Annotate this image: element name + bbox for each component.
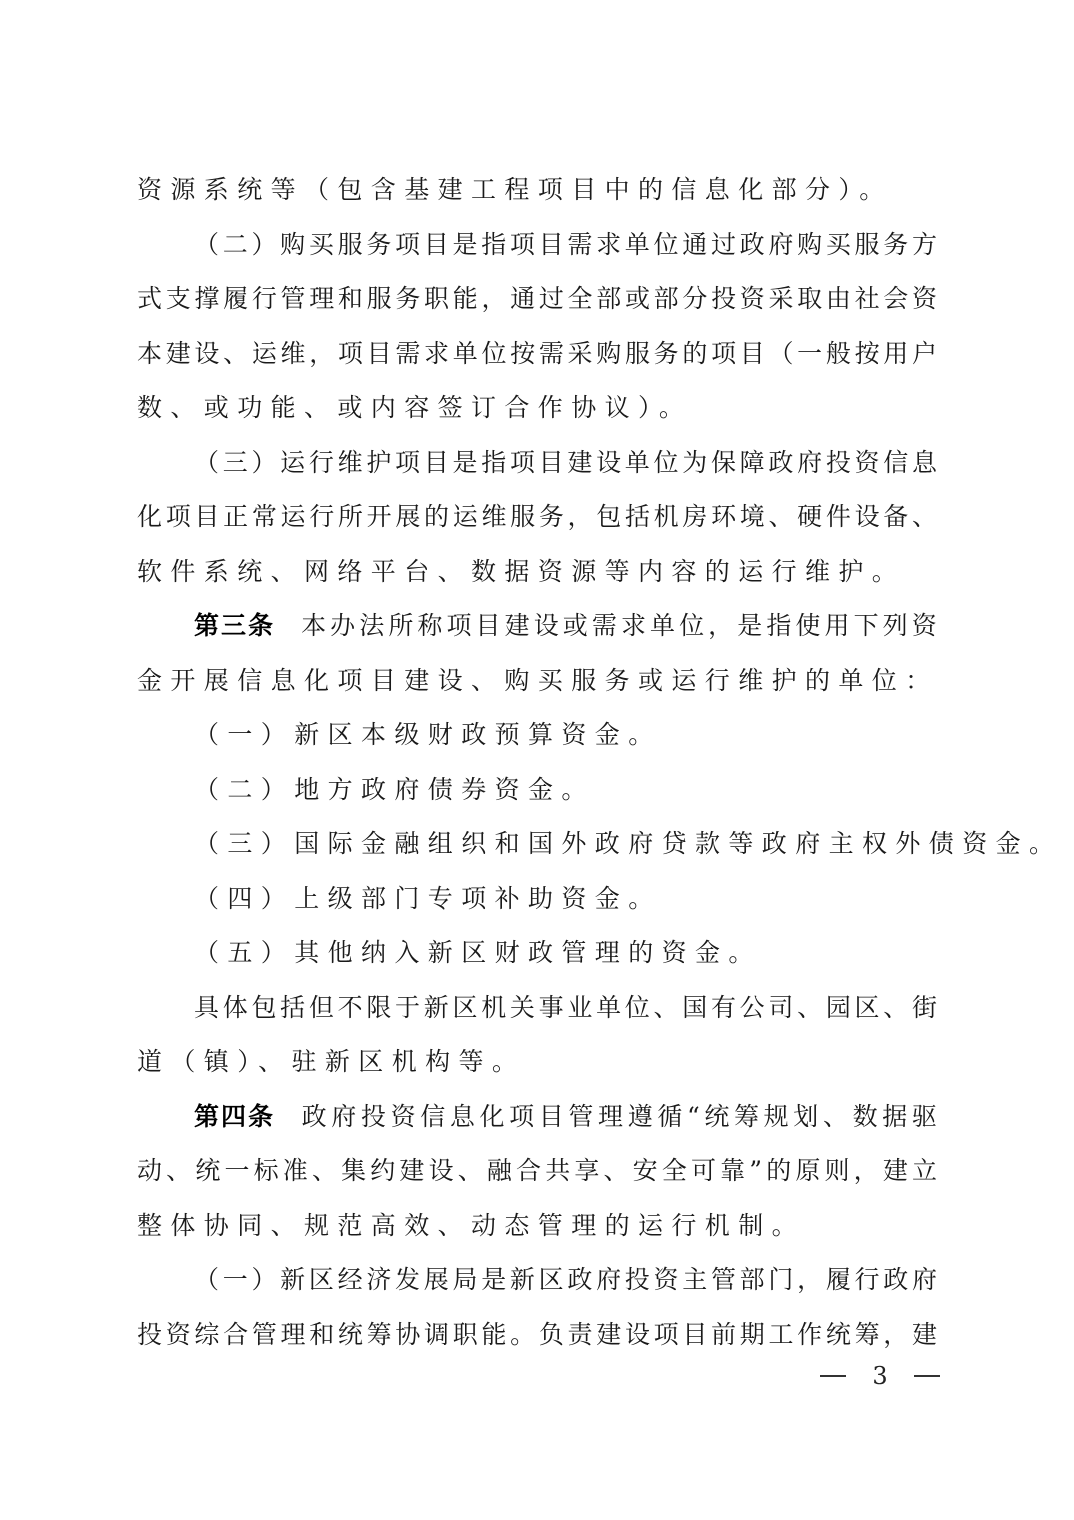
- char: ，: [797, 1260, 822, 1300]
- justified-line-content: 化项目正常运行所开展的运维服务，包括机房环境、硬件设备、: [137, 497, 937, 537]
- char: 障: [740, 443, 765, 483]
- char: 通: [682, 225, 707, 265]
- char: 标: [254, 1151, 279, 1191]
- char: 务: [395, 279, 420, 319]
- char: 府: [331, 1097, 356, 1137]
- char: 部: [740, 1260, 765, 1300]
- char: 投: [361, 1097, 386, 1137]
- char: 目: [476, 606, 501, 646]
- char: 或: [625, 279, 650, 319]
- char: 驱: [912, 1097, 937, 1137]
- char: 所: [338, 497, 363, 537]
- char: 工: [768, 1315, 793, 1355]
- justified-line-content: （二）购买服务项目是指项目需求单位通过政府购买服务方: [194, 225, 937, 265]
- char: 位: [654, 443, 679, 483]
- char: 统: [826, 1315, 851, 1355]
- char: 本: [137, 334, 162, 374]
- char: 息: [912, 443, 937, 483]
- char: 新: [280, 1260, 305, 1300]
- char: 建: [883, 1151, 908, 1191]
- char: 的: [682, 334, 707, 374]
- line-text: （四）上级部门专项补助资金。: [194, 884, 662, 913]
- char: 展: [424, 1260, 449, 1300]
- char: （: [194, 225, 219, 265]
- char: 安: [633, 1151, 658, 1191]
- char: 购: [797, 225, 822, 265]
- char: 融: [487, 1151, 512, 1191]
- char: 但: [309, 988, 334, 1028]
- char: ，: [568, 497, 593, 537]
- char: 下: [854, 606, 879, 646]
- char: 使: [795, 606, 820, 646]
- char: ”: [749, 1151, 762, 1191]
- char: 集: [341, 1151, 366, 1191]
- char: 能: [453, 279, 478, 319]
- char: 门: [768, 1260, 793, 1300]
- char: 取: [797, 279, 822, 319]
- char: 需: [539, 334, 564, 374]
- char: 管: [281, 279, 306, 319]
- line-text: 金开展信息化项目建设、购买服务或运行维护的单位：: [137, 666, 939, 695]
- char: 常: [252, 497, 277, 537]
- char: 合: [223, 1315, 248, 1355]
- char: 一: [797, 334, 822, 374]
- char: 项: [446, 606, 471, 646]
- char: 街: [912, 988, 937, 1028]
- article-heading-line: 第四条政府投资信息化项目管理遵循“统筹规划、数据驱: [194, 1097, 937, 1137]
- char: 和: [338, 279, 363, 319]
- text-line: （四）上级部门专项补助资金。: [194, 879, 937, 919]
- char: 部: [654, 279, 679, 319]
- char: 管: [711, 1260, 736, 1300]
- char: 过: [539, 279, 564, 319]
- char: 单: [453, 334, 478, 374]
- char: 负: [539, 1315, 564, 1355]
- char: 为: [682, 443, 707, 483]
- char: 理: [598, 1097, 623, 1137]
- char: 括: [280, 988, 305, 1028]
- char: 件: [826, 497, 851, 537]
- char: 调: [424, 1315, 449, 1355]
- char: 动: [137, 1151, 162, 1191]
- char: 维: [338, 443, 363, 483]
- article-number: 第三条: [194, 606, 275, 646]
- char: 服: [625, 334, 650, 374]
- char: 通: [510, 279, 535, 319]
- char: 机: [481, 988, 506, 1028]
- char: “: [687, 1097, 700, 1137]
- char: 运: [252, 334, 277, 374]
- char: 设: [855, 497, 880, 537]
- char: 设: [194, 334, 219, 374]
- char: 经: [338, 1260, 363, 1300]
- char: 服: [338, 225, 363, 265]
- char: 支: [166, 279, 191, 319]
- line-text: 数、或功能、或内容签订合作协议）。: [137, 393, 692, 422]
- char: 三: [223, 443, 248, 483]
- char: 政: [768, 443, 793, 483]
- char: 、: [883, 988, 908, 1028]
- char: 体: [223, 988, 248, 1028]
- char: 求: [424, 334, 449, 374]
- char: 本: [301, 606, 326, 646]
- char: 项: [395, 225, 420, 265]
- char: 设: [429, 1151, 454, 1191]
- char: 准: [283, 1151, 308, 1191]
- char: 筹: [855, 1315, 880, 1355]
- char: 单: [625, 443, 650, 483]
- char: 国: [682, 988, 707, 1028]
- char: 合: [516, 1151, 541, 1191]
- char: 作: [797, 1315, 822, 1355]
- char: 目: [194, 497, 219, 537]
- char: 、: [912, 497, 937, 537]
- char: 服: [855, 225, 880, 265]
- char: 买: [309, 225, 334, 265]
- char: 服: [510, 497, 535, 537]
- char: 投: [625, 1260, 650, 1300]
- justified-line-content: 动、统一标准、集约建设、融合共享、安全可靠”的原则，建立: [137, 1151, 937, 1191]
- page-number-footer: 3: [820, 1358, 940, 1394]
- char: 建: [596, 1315, 621, 1355]
- char: 资: [912, 606, 937, 646]
- char: 区: [309, 1260, 334, 1300]
- char: 府: [912, 1260, 937, 1300]
- char: 二: [223, 225, 248, 265]
- char: 维: [481, 497, 506, 537]
- char: ，: [481, 279, 506, 319]
- char: 履: [826, 1260, 851, 1300]
- char: 目: [682, 1315, 707, 1355]
- char: 循: [657, 1097, 682, 1137]
- char: 享: [574, 1151, 599, 1191]
- char: 资: [855, 443, 880, 483]
- char: 目: [740, 334, 765, 374]
- char: 单: [596, 988, 621, 1028]
- char: 行: [309, 497, 334, 537]
- char: 务: [883, 225, 908, 265]
- justified-line-content: （三）运行维护项目是指项目建设单位为保障政府投资信息: [194, 443, 937, 483]
- char: 政: [302, 1097, 327, 1137]
- char: 公: [740, 988, 765, 1028]
- char: 管: [568, 1097, 593, 1137]
- char: 用: [883, 334, 908, 374]
- line-text: （一）新区本级财政预算资金。: [194, 720, 662, 749]
- char: 撑: [194, 279, 219, 319]
- char: 资: [166, 1315, 191, 1355]
- char: 项: [395, 443, 420, 483]
- char: 遵: [628, 1097, 653, 1137]
- char: 设: [596, 443, 621, 483]
- text-line: 本建设、运维，项目需求单位按需采购服务的项目（一般按用户: [137, 334, 937, 374]
- justified-line-content: 第四条政府投资信息化项目管理遵循“统筹规划、数据驱: [194, 1097, 937, 1137]
- char: 发: [395, 1260, 420, 1300]
- char: 项: [510, 443, 535, 483]
- char: 信: [883, 443, 908, 483]
- char: 、: [223, 334, 248, 374]
- text-line: 动、统一标准、集约建设、融合共享、安全可靠”的原则，建立: [137, 1151, 937, 1191]
- text-line: 金开展信息化项目建设、购买服务或运行维护的单位：: [137, 661, 937, 701]
- char: 包: [596, 497, 621, 537]
- char: 有: [711, 988, 736, 1028]
- char: 政: [740, 225, 765, 265]
- line-text: （三）国际金融组织和国外政府贷款等政府主权外债资金。: [194, 829, 1062, 858]
- char: 投: [137, 1315, 162, 1355]
- text-line: 式支撑履行管理和服务职能，通过全部或部分投资采取由社会资: [137, 279, 937, 319]
- text-line: （二）购买服务项目是指项目需求单位通过政府购买服务方: [194, 225, 937, 265]
- char: 采: [768, 279, 793, 319]
- char: 限: [366, 988, 391, 1028]
- char: 、: [654, 988, 679, 1028]
- char: 管: [252, 1315, 277, 1355]
- char: （: [194, 1260, 219, 1300]
- char: 运: [280, 443, 305, 483]
- left-dash: [820, 1375, 846, 1377]
- char: 购: [280, 225, 305, 265]
- char: 、: [604, 1151, 629, 1191]
- char: 数: [853, 1097, 878, 1137]
- char: 环: [711, 497, 736, 537]
- char: 全: [662, 1151, 687, 1191]
- char: 和: [309, 1315, 334, 1355]
- char: 社: [855, 279, 880, 319]
- char: 需: [395, 334, 420, 374]
- text-line: 软件系统、网络平台、数据资源等内容的运行维护。: [137, 552, 937, 592]
- char: 维: [281, 334, 306, 374]
- char: 职: [453, 1315, 478, 1355]
- char: 单: [625, 225, 650, 265]
- char: 列: [883, 606, 908, 646]
- char: 于: [395, 988, 420, 1028]
- char: 具: [194, 988, 219, 1028]
- char: 规: [764, 1097, 789, 1137]
- char: 责: [568, 1315, 593, 1355]
- char: 、: [768, 497, 793, 537]
- char: 政: [567, 1260, 592, 1300]
- char: 设: [625, 1315, 650, 1355]
- char: 方: [912, 225, 937, 265]
- char: ）: [251, 1260, 276, 1300]
- char: 约: [370, 1151, 395, 1191]
- line-text: （五）其他纳入新区财政管理的资金。: [194, 938, 762, 967]
- justified-line-content: 具体包括但不限于新区机关事业单位、国有公司、园区、街: [194, 988, 937, 1028]
- char: 能: [481, 1315, 506, 1355]
- char: 综: [194, 1315, 219, 1355]
- text-line: 整体协同、规范高效、动态管理的运行机制。: [137, 1206, 937, 1246]
- char: 不: [338, 988, 363, 1028]
- text-line: 具体包括但不限于新区机关事业单位、国有公司、园区、街: [194, 988, 937, 1028]
- char: 化: [137, 497, 162, 537]
- char: 行: [309, 443, 334, 483]
- char: ）: [251, 225, 276, 265]
- char: （: [194, 443, 219, 483]
- char: 式: [137, 279, 162, 319]
- text-line: 化项目正常运行所开展的运维服务，包括机房环境、硬件设备、: [137, 497, 937, 537]
- char: 运: [453, 497, 478, 537]
- char: 建: [505, 606, 530, 646]
- char: 项: [166, 497, 191, 537]
- char: 可: [691, 1151, 716, 1191]
- char: 括: [625, 497, 650, 537]
- char: 包: [251, 988, 276, 1028]
- document-page: 资源系统等（包含基建工程项目中的信息化部分）。（二）购买服务项目是指项目需求单位…: [0, 0, 1074, 1520]
- char: 靠: [720, 1151, 745, 1191]
- char: 项: [509, 1097, 534, 1137]
- justified-line-content: 投资综合管理和统筹协调职能。负责建设项目前期工作统筹，建: [137, 1315, 937, 1355]
- article-number: 第四条: [194, 1097, 275, 1137]
- char: 则: [825, 1151, 850, 1191]
- char: 划: [793, 1097, 818, 1137]
- char: 位: [679, 606, 704, 646]
- char: 司: [768, 988, 793, 1028]
- char: 行: [855, 1260, 880, 1300]
- justified-line-content: （一）新区经济发展局是新区政府投资主管部门，履行政府: [194, 1260, 937, 1300]
- char: 、: [166, 1151, 191, 1191]
- char: 硬: [797, 497, 822, 537]
- line-text: 资源系统等（包含基建工程项目中的信息化部分）。: [137, 175, 893, 204]
- char: 协: [395, 1315, 420, 1355]
- char: 事: [539, 988, 564, 1028]
- char: 过: [711, 225, 736, 265]
- char: 全: [568, 279, 593, 319]
- char: 或: [563, 606, 588, 646]
- char: 按: [855, 334, 880, 374]
- char: 称: [417, 606, 442, 646]
- char: 局: [452, 1260, 477, 1300]
- text-line: 投资综合管理和统筹协调职能。负责建设项目前期工作统筹，建: [137, 1315, 937, 1355]
- char: 指: [481, 225, 506, 265]
- text-line: （一）新区本级财政预算资金。: [194, 715, 937, 755]
- char: 由: [826, 279, 851, 319]
- char: 设: [534, 606, 559, 646]
- char: 目: [539, 1097, 564, 1137]
- page-number: 3: [872, 1362, 887, 1390]
- char: 项: [711, 334, 736, 374]
- justified-line-content: 式支撑履行管理和服务职能，通过全部或部分投资采取由社会资: [137, 279, 937, 319]
- text-line: 道（镇）、驻新区机构等。: [137, 1042, 937, 1082]
- char: 资: [912, 279, 937, 319]
- char: 指: [481, 443, 506, 483]
- char: 一: [224, 1151, 249, 1191]
- char: 目: [424, 443, 449, 483]
- char: 筹: [734, 1097, 759, 1137]
- text-line: （一）新区经济发展局是新区政府投资主管部门，履行政府: [194, 1260, 937, 1300]
- char: 用: [824, 606, 849, 646]
- article-heading-line: 第三条本办法所称项目建设或需求单位，是指使用下列资: [194, 606, 937, 646]
- char: 户: [912, 334, 937, 374]
- char: 部: [596, 279, 621, 319]
- text-line: 数、或功能、或内容签订合作协议）。: [137, 388, 937, 428]
- char: 房: [682, 497, 707, 537]
- char: 资: [391, 1097, 416, 1137]
- char: 求: [596, 225, 621, 265]
- char: 求: [621, 606, 646, 646]
- char: 项: [338, 334, 363, 374]
- char: 业: [567, 988, 592, 1028]
- char: 境: [740, 497, 765, 537]
- char: 。: [510, 1315, 535, 1355]
- char: 位: [654, 225, 679, 265]
- char: 履: [223, 279, 248, 319]
- char: 建: [567, 443, 592, 483]
- char: 位: [481, 334, 506, 374]
- char: 建: [912, 1315, 937, 1355]
- line-text: （二）地方政府债券资金。: [194, 775, 595, 804]
- char: 单: [650, 606, 675, 646]
- char: 的: [766, 1151, 791, 1191]
- char: 是: [481, 1260, 506, 1300]
- char: 项: [654, 1315, 679, 1355]
- justified-line-content: 本建设、运维，项目需求单位按需采购服务的项目（一般按用户: [137, 334, 937, 374]
- char: 主: [682, 1260, 707, 1300]
- char: 需: [567, 225, 592, 265]
- char: 职: [424, 279, 449, 319]
- justified-line-content: 第三条本办法所称项目建设或需求单位，是指使用下列资: [194, 606, 937, 646]
- char: 府: [596, 1260, 621, 1300]
- char: 理: [309, 279, 334, 319]
- char: 保: [711, 443, 736, 483]
- line-text: 整体协同、规范高效、动态管理的运行机制。: [137, 1211, 805, 1240]
- text-line: （二）地方政府债券资金。: [194, 770, 937, 810]
- char: 采: [568, 334, 593, 374]
- char: 展: [395, 497, 420, 537]
- text-line: （三）国际金融组织和国外政府贷款等政府主权外债资金。: [194, 824, 937, 864]
- char: 机: [654, 497, 679, 537]
- char: 期: [740, 1315, 765, 1355]
- char: 、: [823, 1097, 848, 1137]
- char: 是: [452, 443, 477, 483]
- char: 办: [330, 606, 355, 646]
- char: 正: [223, 497, 248, 537]
- char: ，: [708, 606, 733, 646]
- char: 区: [452, 988, 477, 1028]
- char: 信: [420, 1097, 445, 1137]
- char: 般: [826, 334, 851, 374]
- char: 位: [625, 988, 650, 1028]
- char: 建: [399, 1151, 424, 1191]
- right-dash: [914, 1375, 940, 1377]
- char: 府: [797, 443, 822, 483]
- char: 目: [424, 225, 449, 265]
- char: 统: [195, 1151, 220, 1191]
- char: 息: [450, 1097, 475, 1137]
- char: 府: [768, 225, 793, 265]
- char: 投: [711, 279, 736, 319]
- char: 的: [424, 497, 449, 537]
- char: 开: [367, 497, 392, 537]
- char: 前: [711, 1315, 736, 1355]
- char: 备: [883, 497, 908, 537]
- char: 务: [366, 225, 391, 265]
- char: 区: [539, 1260, 564, 1300]
- char: 指: [766, 606, 791, 646]
- char: 理: [281, 1315, 306, 1355]
- char: 资: [740, 279, 765, 319]
- char: 需: [592, 606, 617, 646]
- char: 、: [458, 1151, 483, 1191]
- char: 购: [596, 334, 621, 374]
- char: 护: [366, 443, 391, 483]
- char: 统: [338, 1315, 363, 1355]
- char: 济: [366, 1260, 391, 1300]
- char: 资: [654, 1260, 679, 1300]
- char: （: [768, 334, 793, 374]
- char: 项: [510, 225, 535, 265]
- char: 统: [704, 1097, 729, 1137]
- char: 新: [510, 1260, 535, 1300]
- char: 一: [223, 1260, 248, 1300]
- char: 、: [797, 988, 822, 1028]
